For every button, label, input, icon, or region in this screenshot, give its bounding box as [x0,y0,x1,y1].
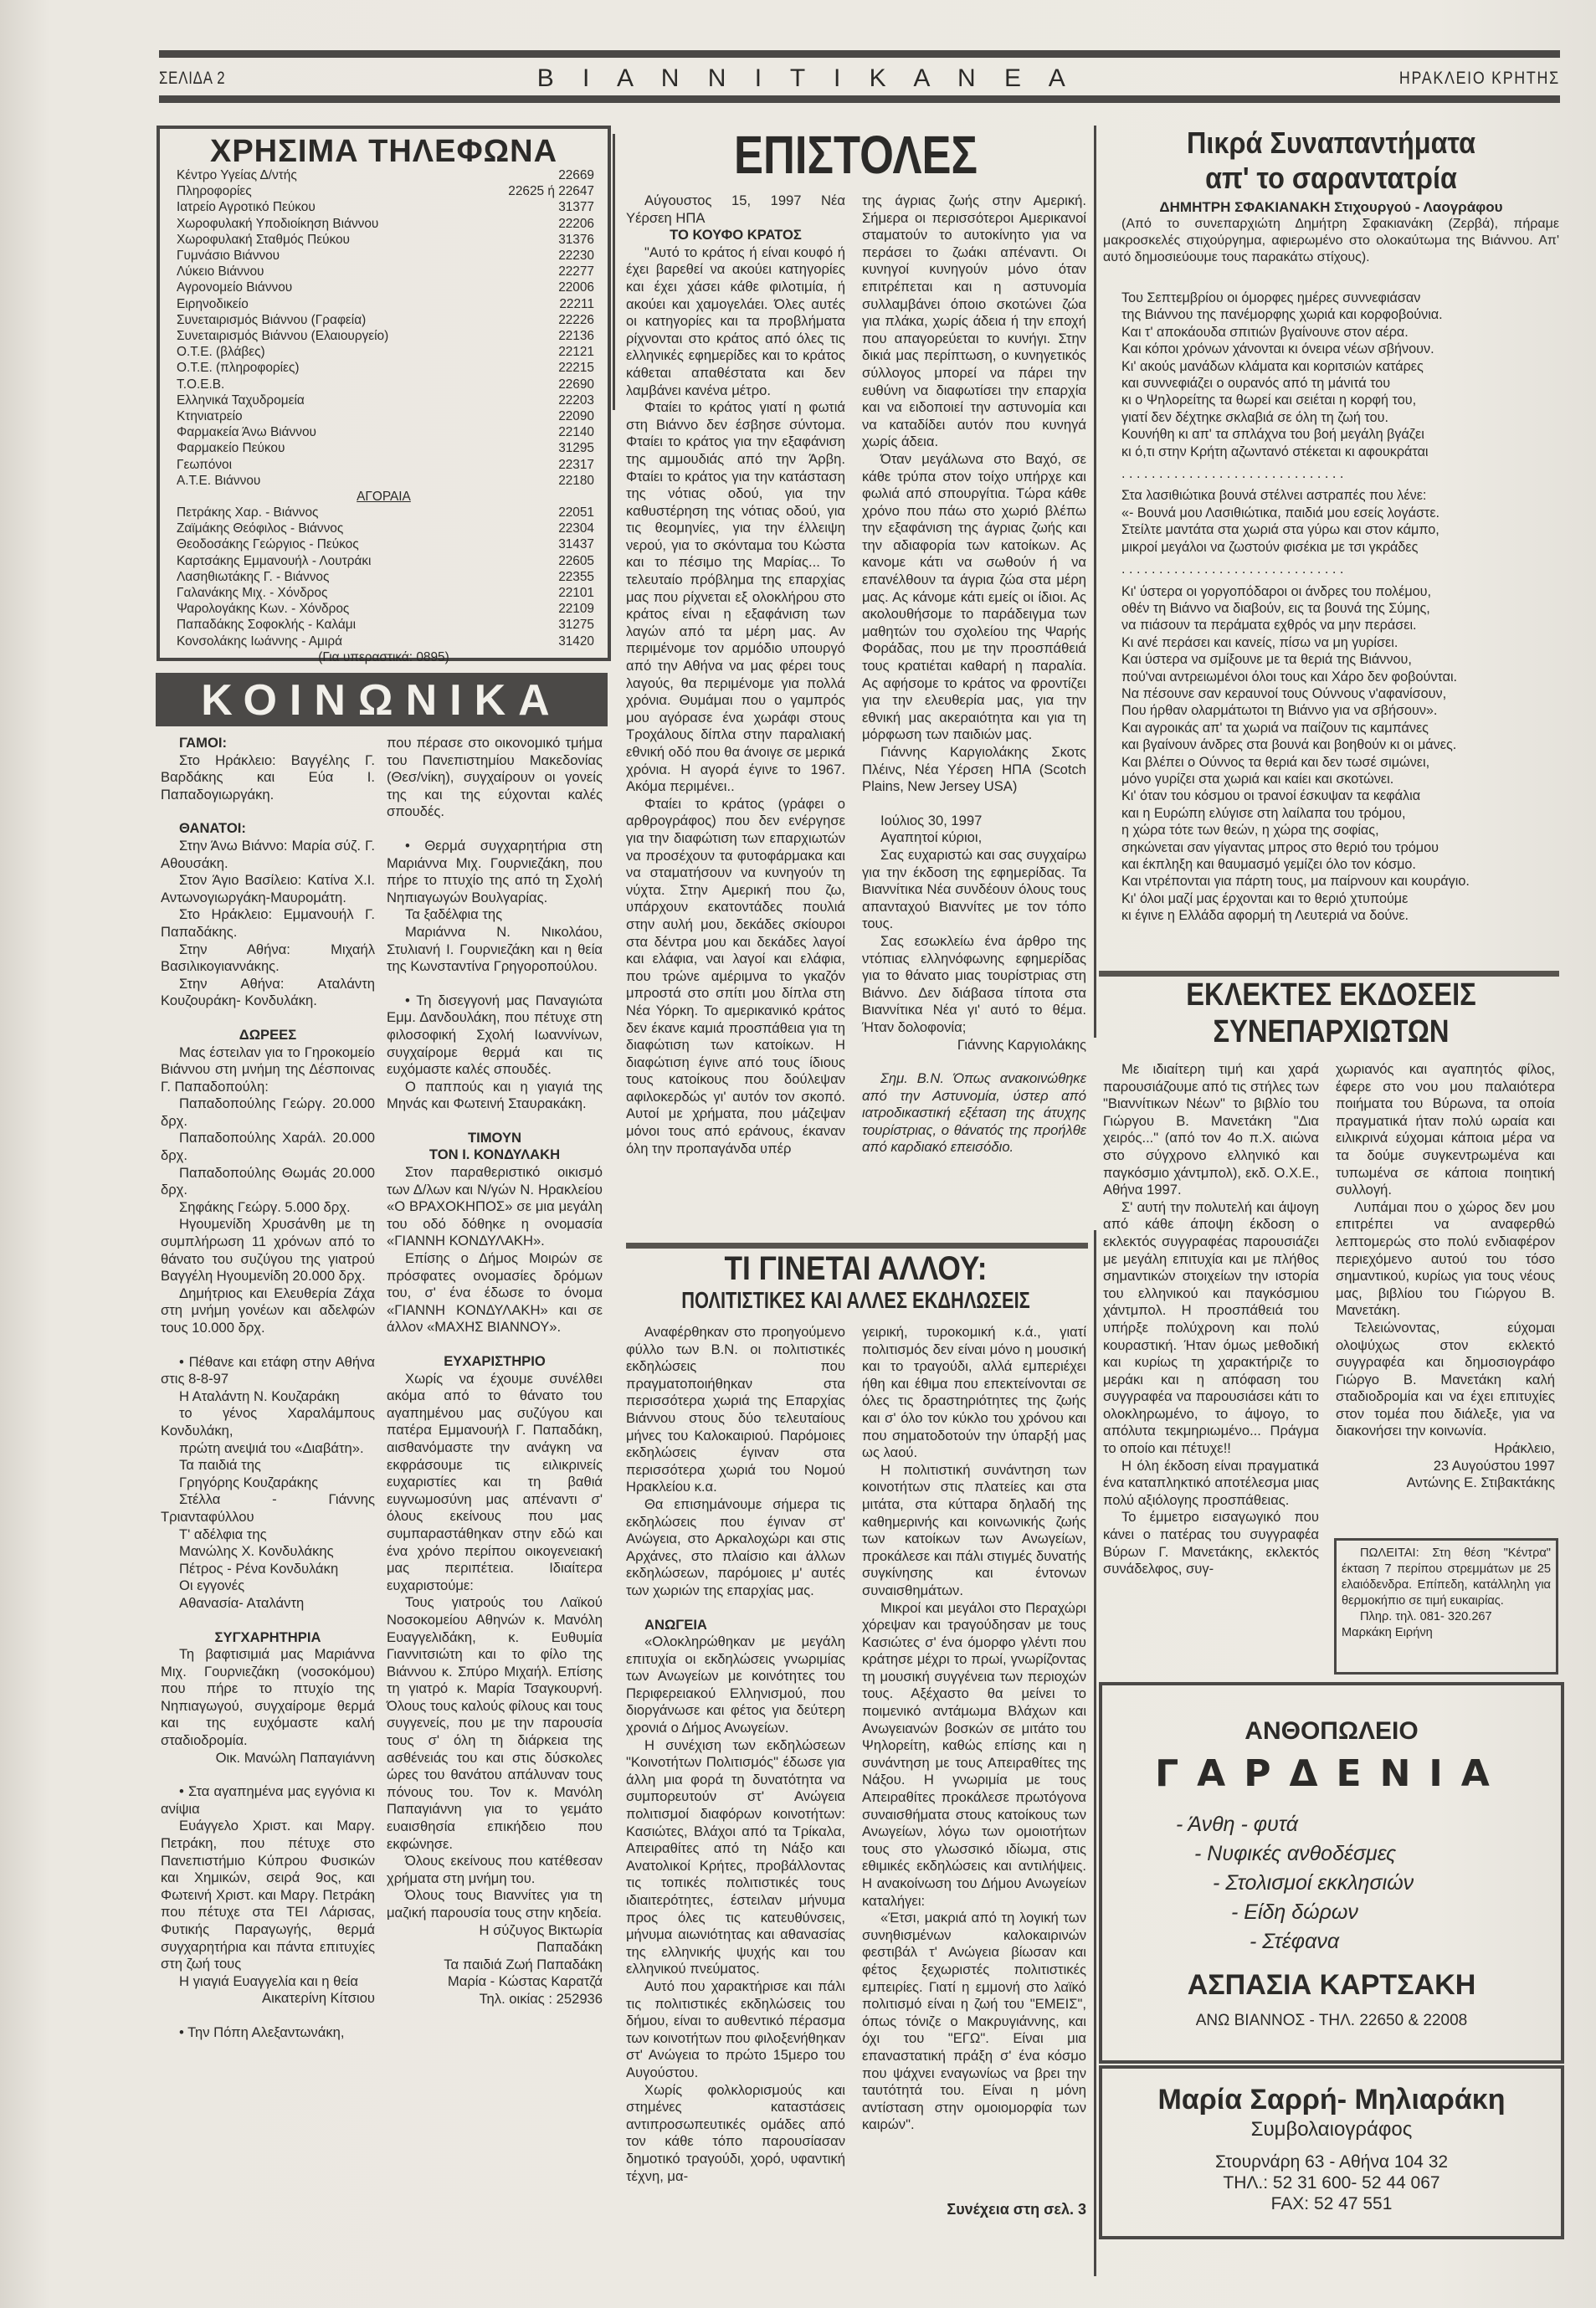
phone-row: Γεωπόνοι22317 [160,457,608,473]
books-column-1: Με ιδιαίτερη τιμή και χαρά παρουσιάζουμε… [1103,1061,1319,1578]
spacer [862,1054,1086,1070]
paragraph: Στον Άγιο Βασίλειο: Κατίνα Χ.Ι. Αντωνογι… [161,872,375,906]
phone-name: Α.Τ.Ε. Βιάννου [177,473,260,489]
paragraph: Μανώλης Χ. Κονδυλάκης [161,1543,375,1561]
phone-name: Συνεταιρισμός Βιάννου (Γραφεία) [177,312,366,328]
phone-name: Λασηθιωτάκης Γ. - Βιάννος [177,569,329,585]
signature: Τα παιδιά Ζωή Παπαδάκη [387,1957,603,1974]
useful-phones-box: ΧΡΗΣΙΜΑ ΤΗΛΕΦΩΝΑ Κέντρο Υγείας Δ/ντής226… [157,126,611,661]
phone-row: Κονσολάκης Ιωάννης - Αμιρά31420 [160,633,608,649]
paragraph: Η όλη έκδοση είναι πραγματικά ένα καταπλ… [1103,1458,1319,1510]
paragraph: Χωρίς φολκλορισμούς και στημένες καταστά… [626,2082,845,2186]
paragraph: • Θερμά συγχαρητήρια στη Μαριάννα Μιχ. Γ… [387,838,603,906]
phone-name: Θεοδοσάκης Γεώργιος - Πεύκος [177,536,359,552]
signature: Αντώνης Ε. Στιβακτάκης [1336,1475,1555,1492]
paragraph: Ο παππούς και η γιαγιά της Μηνάς και Φωτ… [387,1079,603,1113]
phone-number: 22090 [558,408,594,424]
phone-row: Α.Τ.Ε. Βιάννου22180 [160,473,608,489]
subheading: ΣΥΓΧΑΡΗΤΗΡΙΑ [161,1629,375,1647]
notary-name: Μαρία Σαρρή- Μηλιαράκη [1102,2084,1561,2116]
signature: 23 Αυγούστου 1997 [1336,1458,1555,1475]
subheading: ΕΥΧΑΡΙΣΤΗΡΙΟ [387,1353,603,1371]
paragraph: • Στα αγαπημένα μας εγγόνια κι ανίψια [161,1783,375,1818]
phone-row: Γυμνάσιο Βιάννου22230 [160,248,608,264]
florist-item: - Νυφικές ανθοδέσμες [1102,1839,1561,1869]
paragraph: Στέλλα - Γιάννης Τριανταφύλλου [161,1491,375,1526]
social-banner: ΚΟΙΝΩΝΙΚΑ [156,673,608,726]
phone-name: Ψαρολογάκης Κων. - Χόνδρος [177,601,349,617]
paragraph: Στο Ηράκλειο: Εμμανουήλ Γ. Παπαδάκης. [161,906,375,941]
paragraph: "Αυτό το κράτος ή είναι κουφό ή έχει βαρ… [626,244,845,399]
poem-line: Κι' ακούς μανάδων κλάματα και κοριτσιών … [1121,358,1557,375]
poem-line: και βγαίνουν άνδρες στα βουνά και βοηθού… [1121,736,1557,753]
paragraph: Η συνέχιση των εκδηλώσεων "Κοινοτήτων Πο… [626,1737,845,1978]
poem-line: Και ύστερα να σμίξουνε με τα θεριά της Β… [1121,651,1557,668]
poem-line: «- Βουνά μου Λασιθιώτικα, παιδιά μου εσε… [1121,505,1557,521]
paragraph: Φταίει το κράτος (γράφει ο αρθρογράφος) … [626,796,845,1157]
phone-number: 22317 [558,457,594,473]
signature: Μαρία - Κώστας Καρατζά [387,1973,603,1991]
poem-title-line2: απ' το σαραντατρία [1126,161,1537,196]
poem-line: μικροί μεγάλοι να ζωστούν φισέκια με τσι… [1121,539,1557,556]
paragraph: Στην Αθήνα: Μιχαήλ Βασιλικογιαννάκης. [161,941,375,976]
phone-row: Ζαϊμάκης Θεόφιλος - Βιάννος22304 [160,521,608,536]
poem-line: της Βιάννου της πανέμορφης χωριά και κορ… [1121,306,1557,323]
phone-row: Λύκειο Βιάννου22277 [160,264,608,280]
phone-name: Φαρμακεία Άνω Βιάννου [177,424,316,440]
paragraph: Σηφάκης Γεώργ. 5.000 δρχ. [161,1199,375,1217]
florist-items: - Άνθη - φυτά- Νυφικές ανθοδέσμες- Στολι… [1102,1810,1561,1957]
poem-line: Κι ανέ περάσει και κανείς, πίσω να μη γυ… [1121,634,1557,651]
paragraph: Φταίει το κράτος γιατί η φωτιά στη Βιάνν… [626,399,845,796]
phone-number: 22277 [558,264,594,280]
column-divider [1094,1230,1096,2276]
poem-line: Και κόποι χρόνων χάνονται κι όνειρα νέων… [1121,341,1557,357]
poem-line: κι ό,τι στην Κρήτη αζωντανό στέκεται κι … [1121,444,1557,460]
books-column-2: χωριανός και αγαπητός φίλος, έφερε στο ν… [1336,1061,1555,1492]
poem-line: Στείλτε μαντάτα στα χωριά στα γύρω και σ… [1121,521,1557,538]
phone-number: 22226 [558,312,594,328]
spacer [387,976,603,992]
florist-ad: ΑΝΘΟΠΩΛΕΙΟ ΓΑΡΔΕΝΙΑ - Άνθη - φυτά- Νυφικ… [1099,1682,1564,1972]
paragraph: Αγαπητοί κύριοι, [862,829,1086,847]
paragraph: «Ολοκληρώθηκαν με μεγάλη επιτυχία οι εκδ… [626,1634,845,1737]
notary-address: Στουρνάρη 63 - Αθήνα 104 32 [1102,2152,1561,2172]
spacer [387,1113,603,1130]
subheading: ΤΟ ΚΟΥΦΟ ΚΡΑΤΟΣ [626,227,845,244]
top-rule [159,50,1560,58]
page-number: ΣΕΛΙΔΑ 2 [159,69,225,89]
paragraph: Τ' αδέλφια της [161,1526,375,1544]
phone-row: Ο.Τ.Ε. (βλάβες)22121 [160,344,608,360]
letters-title: ΕΠΙΣΤΟΛΕΣ [665,126,1046,184]
paragraph: Παπαδοπούλης Θωμάς 20.000 δρχ. [161,1165,375,1199]
paragraph: Αύγουστος 15, 1997 Νέα Υέρσεη ΗΠΑ [626,192,845,227]
phone-row: Κτηνιατρείο22090 [160,408,608,424]
subheading: ΘΑΝΑΤΟΙ: [161,820,375,838]
phone-number: 22203 [558,392,594,408]
paragraph: Ηγουμενίδη Χρυσάνθη με τη συμπλήρωση 11 … [161,1216,375,1285]
signature: Τηλ. οικίας : 252936 [387,1991,603,2008]
subheading: ΤΟΝ Ι. ΚΟΝΔΥΛΑΚΗ [387,1146,603,1164]
poem-body: Του Σεπτεμβρίου οι όμορφες ημέρες συννεφ… [1121,290,1557,925]
paragraph: Στο Ηράκλειο: Βαγγέλης Γ. Βαρδάκης και Ε… [161,752,375,804]
signature: Παπαδάκη [387,1939,603,1957]
notary-profession: Συμβολαιογράφος [1102,2118,1561,2141]
phone-number: 31437 [558,536,594,552]
phone-name: Συνεταιρισμός Βιάννου (Ελαιουργείο) [177,328,388,344]
florist-item: - Στολισμοί εκκλησιών [1102,1869,1561,1898]
paragraph: Χωρίς να έχουμε συνέλθει ακόμα από το θά… [387,1371,603,1595]
poem-intro: (Από το συνεπαρχιώτη Δημήτρη Σφακιανάκη … [1103,216,1559,266]
poem-line: μόνο γυρίζει στα χωριά και καίει και σκο… [1121,771,1557,787]
paragraph: Επίσης ο Δήμος Μοιρών σε πρόσφατες ονομα… [387,1250,603,1336]
phone-name: Ο.Τ.Ε. (πληροφορίες) [177,360,299,376]
phone-name: Λύκειο Βιάννου [177,264,264,280]
paragraph: που πέρασε στο οικονομικό τμήμα του Πανε… [387,735,603,821]
poem-line: η χώρα τότε των θεών, η χώρα της σοφίας, [1121,822,1557,839]
paragraph: το γένος Χαραλάμπους Κονδυλάκη, [161,1405,375,1439]
phone-number: 22215 [558,360,594,376]
poem-line: Στα λασιθιώτικα βουνά στέλνει αστραπές π… [1121,487,1557,504]
paragraph: • Πέθανε και ετάφη στην Αθήνα στις 8-8-9… [161,1354,375,1388]
phone-row: Καρτσάκης Εμμανουήλ - Λουτράκι22605 [160,553,608,569]
phone-name: Τ.Ο.Ε.Β. [177,377,224,392]
paragraph: Σας εσωκλείω ένα άρθρο της ντόπιας ελλην… [862,933,1086,1037]
phone-number: 22109 [558,601,594,617]
phone-row: Θεοδοσάκης Γεώργιος - Πεύκος31437 [160,536,608,552]
paragraph: Η Αταλάντη Ν. Κουζαράκη [161,1388,375,1406]
phone-name: Καρτσάκης Εμμανουήλ - Λουτράκι [177,553,371,569]
phone-row: Φαρμακεία Άνω Βιάννου22140 [160,424,608,440]
phone-name: Κέντρο Υγείας Δ/ντής [177,167,297,183]
paragraph: Σ' αυτή την πολυτελή και άψογη από κάθε … [1103,1199,1319,1458]
events-column-2: γειρική, τυροκομική κ.ά., γιατί πολιτισμ… [862,1324,1086,2134]
paragraph: Αυτό που χαρακτήρισε και πάλι τις πολιτι… [626,1978,845,2082]
paragraph: Σας ευχαριστώ και σας συγχαίρω για την έ… [862,847,1086,933]
events-column-1: Αναφέρθηκαν στο προηγούμενο φύλλο των Β.… [626,1324,845,2185]
poem-author: ΔΗΜΗΤΡΗ ΣΦΑΚΙΑΝΑΚΗ Στιχουργού - Λαογράφο… [1103,199,1559,216]
signature: Γιάννης Καργιολάκης [862,1037,1086,1054]
poem-line: Και αγροικάς απ' τα χωριά να παίζουν τις… [1121,720,1557,736]
poem-line: οθέν τη Βιάννο να διαβούν, εις τα βουνά … [1121,600,1557,617]
poem-line: Κι' ύστερα οι γοργοπόδαροι οι άνδρες του… [1121,583,1557,600]
phone-name: Πετράκης Χαρ. - Βιάννος [177,505,318,521]
subheading: ΤΙΜΟΥΝ [387,1130,603,1147]
section-rule [626,1243,1088,1249]
signature: Ηράκλειο, [1336,1440,1555,1458]
phone-number: 22211 [559,296,594,312]
phone-row: Αγρονομείο Βιάννου22006 [160,280,608,295]
classified-name: Μαρκάκη Ειρήνη [1342,1625,1551,1641]
taxi-list: Πετράκης Χαρ. - Βιάννος22051Ζαϊμάκης Θεό… [160,505,608,649]
poem-title-line1: Πικρά Συναπαντήματα [1126,126,1537,161]
events-title: ΤΙ ΓΙΝΕΤΑΙ ΑΛΛΟΥ: [651,1250,1060,1287]
poem-line: Και βλέπει ο Ούννος τα θεριά και δεν τωσ… [1121,754,1557,771]
phone-name: Ζαϊμάκης Θεόφιλος - Βιάννος [177,521,343,536]
poem-line: Κι' όταν του κόσμου οι τρανοί έσκυψαν τα… [1121,787,1557,804]
paragraph: Το έμμετρο εισαγωγικό που κάνει ο πατέρα… [1103,1509,1319,1577]
paragraph: «Έτσι, μακριά από τη λογική των συνηθισμ… [862,1910,1086,2134]
classified-phone: Πληρ. τηλ. 081- 320.267 [1342,1609,1551,1625]
paragraph: • Τη δισεγγονή μας Παναγιώτα Εμμ. Δανδου… [387,992,603,1079]
phone-row: Τ.Ο.Ε.Β.22690 [160,377,608,392]
phone-number: 22304 [558,521,594,536]
page-header: ΣΕΛΙΔΑ 2 Β Ι Α Ν Ν Ι Τ Ι Κ Α Ν Ε Α ΗΡΑΚΛ… [159,62,1560,95]
paragraph: Όταν μεγάλωνα στο Βαχό, σε κάθε τρύπα στ… [862,451,1086,744]
paragraph: Τα ξαδέλφια της [387,906,603,924]
events-subtitle: ΠΟΛΙΤΙΣΤΙΚΕΣ ΚΑΙ ΑΛΛΕΣ ΕΚΔΗΛΩΣΕΙΣ [675,1287,1037,1314]
phone-name: Χωροφυλακή Σταθμός Πεύκου [177,232,350,248]
phone-number: 22669 [558,167,594,183]
paragraph: Τελειώνοντας, εύχομαι ολοψύχως στον εκλε… [1336,1320,1555,1440]
phone-number: 22206 [558,216,594,232]
continued-link[interactable]: Συνέχεια στη σελ. 3 [862,2201,1086,2218]
paragraph: Ιούλιος 30, 1997 [862,813,1086,830]
poem-ellipsis: . . . . . . . . . . . . . . . . . . . . … [1121,561,1557,577]
phone-row: Ψαρολογάκης Κων. - Χόνδρος22109 [160,601,608,617]
phone-name: Χωροφυλακή Υποδιοίκηση Βιάννου [177,216,378,232]
phone-row: Συνεταιρισμός Βιάννου (Γραφεία)22226 [160,312,608,328]
column-divider [1094,126,1096,1038]
spacer [387,1336,603,1353]
social-column-2: που πέρασε στο οικονομικό τμήμα του Πανε… [387,735,603,2008]
paragraph: Αναφέρθηκαν στο προηγούμενο φύλλο των Β.… [626,1324,845,1496]
location: ΗΡΑΚΛΕΙΟ ΚΡΗΤΗΣ [1399,69,1560,89]
florist-item: - Στέφανα [1102,1927,1561,1957]
poem-line: Να πέσουνε σαν κεραυνοί τους Ούννους ν'α… [1121,685,1557,702]
signature: Αικατερίνη Κίτσιου [161,1990,375,2008]
phone-number: 31295 [558,440,594,456]
paragraph: Στον παραθεριστικό οικισμό των Δ/λων και… [387,1164,603,1250]
poem-line: Του Σεπτεμβρίου οι όμορφες ημέρες συννεφ… [1121,290,1557,306]
phone-number: 22625 ή 22647 [508,183,594,199]
notary-fax: FAX: 52 47 551 [1102,2193,1561,2214]
paragraph: πρώτη ανεψιά του «Διαβάτη». [161,1440,375,1458]
poem-ellipsis: . . . . . . . . . . . . . . . . . . . . … [1121,465,1557,482]
phone-name: Ιατρείο Αγροτικό Πεύκου [177,199,316,215]
phone-name: Ο.Τ.Ε. (βλάβες) [177,344,265,360]
header-bottom-rule [159,95,1560,103]
phone-row: Χωροφυλακή Υποδιοίκηση Βιάννου22206 [160,216,608,232]
paragraph: Θα επισημάνουμε σήμερα τις εκδηλώσεις πο… [626,1496,845,1600]
poem-line: κι ο Ψηλορείτης τα θωρεί και σειέται η κ… [1121,392,1557,408]
spacer [161,1613,375,1629]
phone-number: 22006 [558,280,594,295]
phone-number: 31420 [558,633,594,649]
newspaper-page: ΣΕΛΙΔΑ 2 Β Ι Α Ν Ν Ι Τ Ι Κ Α Ν Ε Α ΗΡΑΚΛ… [0,0,1596,2308]
paragraph: Γιάννης Καργιολάκης Σκοτς Πλέινς, Νέα Υέ… [862,744,1086,796]
poem-line: Και τ' αποκάουδα σπιτιών βγαίνουνε στον … [1121,324,1557,341]
signature: Η σύζυγος Βικτωρία [387,1922,603,1940]
spacer [161,1767,375,1783]
phone-number: 22355 [558,569,594,585]
spacer [161,803,375,820]
phone-row: Ο.Τ.Ε. (πληροφορίες)22215 [160,360,608,376]
phone-row: Παπαδάκης Σοφοκλής - Καλάμι31275 [160,617,608,633]
paragraph: Τη βαφτισιμιά μας Μαριάννα Μιχ. Γουρνιεζ… [161,1646,375,1750]
paragraph: Οι εγγονές [161,1577,375,1595]
phone-name: Κτηνιατρείο [177,408,243,424]
paragraph: Γρηγόρης Κουζαράκης [161,1475,375,1492]
spacer [626,1600,845,1617]
paragraph: Η γιαγιά Ευαγγελία και η θεία [161,1973,375,1991]
paragraph: Ευάγγελο Χριστ. και Μαργ. Πετράκη, που π… [161,1818,375,1972]
poem-line: και συννεφιάζει ο ουρανός από τη μάνιτά … [1121,375,1557,392]
phones-list: Κέντρο Υγείας Δ/ντής22669Πληροφορίες2262… [160,167,608,489]
florist-name: ΓΑΡΔΕΝΙΑ [1102,1752,1561,1795]
phone-row: Ιατρείο Αγροτικό Πεύκου31377 [160,199,608,215]
phone-number: 31377 [558,199,594,215]
subheading: ΑΝΩΓΕΙΑ [626,1617,845,1634]
phone-row: Κέντρο Υγείας Δ/ντής22669 [160,167,608,183]
books-title-line2: ΣΥΝΕΠΑΡΧΙΩΤΩΝ [1135,1014,1527,1049]
poem-line: κι έγινε η Ελλάδα αφορμή τη Λευτεριά να … [1121,907,1557,924]
editor-note: Σημ. Β.Ν. Όπως ανακοινώθηκε από την Αστυ… [862,1070,1086,1157]
letters-column-1: Αύγουστος 15, 1997 Νέα Υέρσεη ΗΠΑΤΟ ΚΟΥΦ… [626,192,845,1157]
paragraph: Τους γιατρούς του Λαϊκού Νοσοκομείου Αθη… [387,1594,603,1853]
phone-name: Κονσολάκης Ιωάννης - Αμιρά [177,633,342,649]
phone-row: Πετράκης Χαρ. - Βιάννος22051 [160,505,608,521]
poem-line: σηκώνεται σαν γίγαντας μπρος στο θεριό τ… [1121,839,1557,856]
paragraph: Τα παιδιά της [161,1457,375,1475]
phones-footnote: (Για υπεραστικά: 0895) [160,649,608,665]
spacer [387,821,603,838]
poem-line: να πιάσουν τα περάματα εχθρός να μην περ… [1121,617,1557,633]
phone-number: 22136 [558,328,594,344]
phone-row: Ειρηνοδικείο22211 [160,296,608,312]
paragraph: Στην Αθήνα: Αταλάντη Κουζουράκη- Κονδυλά… [161,976,375,1010]
social-column-1: ΓΑΜΟΙ:Στο Ηράκλειο: Βαγγέλης Γ. Βαρδάκης… [161,735,375,2042]
phone-row: Χωροφυλακή Σταθμός Πεύκου31376 [160,232,608,248]
paragraph: Η πολιτιστική συνάντηση των κοινοτήτων σ… [862,1462,1086,1600]
poem-line: Κουνήθη κι απ' τα σπλάχνα του βοή μεγάλη… [1121,426,1557,443]
paragraph: Μικροί και μεγάλοι στο Περαχώρι χόρεψαν … [862,1600,1086,1911]
letters-column-2: της άγριας ζωής στην Αμερική. Σήμερα οι … [862,192,1086,1157]
column-divider [613,134,615,410]
classified-ad: ΠΩΛΕΙΤΑΙ: Στη θέση "Κέντρα" έκταση 7 περ… [1334,1538,1558,1675]
phone-number: 22101 [558,585,594,601]
paragraph: • Την Πόπη Αλεξαντωνάκη, [161,2024,375,2042]
paragraph: Όλους τους Βιαννίτες για τη μαζική παρου… [387,1887,603,1921]
poem-line: Που ήρθαν ολαρμάτωτοι τη Βιάννο για να σ… [1121,702,1557,719]
paragraph: Αθανασία- Αταλάντη [161,1595,375,1613]
paragraph: Στην Άνω Βιάννο: Μαρία σύζ. Γ. Αθουσάκη. [161,838,375,872]
paragraph: χωριανός και αγαπητός φίλος, έφερε στο ν… [1336,1061,1555,1199]
phone-number: 22180 [558,473,594,489]
phone-number: 22690 [558,377,594,392]
phone-name: Πληροφορίες [177,183,252,199]
spacer [161,1010,375,1027]
phones-title: ΧΡΗΣΙΜΑ ΤΗΛΕΦΩΝΑ [160,136,608,167]
phone-row: Φαρμακείο Πεύκου31295 [160,440,608,456]
florist-item: - Είδη δώρων [1102,1898,1561,1927]
paragraph: Μαριάννα Ν. Νικολάου, Στυλιανή Ι. Γουρνι… [387,924,603,976]
paragraph: Λυπάμαι που ο χώρος δεν μου επιτρέπει να… [1336,1199,1555,1320]
phone-number: 31275 [558,617,594,633]
paragraph: Δημήτριος και Ελευθερία Ζάχα στη μνήμη γ… [161,1285,375,1337]
section-rule [1099,971,1559,977]
newspaper-title: Β Ι Α Ν Ν Ι Τ Ι Κ Α Ν Ε Α [537,64,1076,93]
florist-item: - Άνθη - φυτά [1102,1810,1561,1839]
poem-line: Κι' όλοι μαζί μας έρχονται και το θεριό … [1121,890,1557,907]
spacer [161,1337,375,1354]
phone-row: Πληροφορίες22625 ή 22647 [160,183,608,199]
phone-number: 22605 [558,553,594,569]
notary-ad: Μαρία Σαρρή- Μηλιαράκη Συμβολαιογράφος Σ… [1099,2065,1564,2239]
phone-name: Ελληνικά Ταχυδρομεία [177,392,305,408]
spacer [862,796,1086,813]
phone-number: 22051 [558,505,594,521]
classified-text: ΠΩΛΕΙΤΑΙ: Στη θέση "Κέντρα" έκταση 7 περ… [1342,1546,1551,1609]
paragraph: Παπαδοπούλης Γεώργ. 20.000 δρχ. [161,1095,375,1130]
phone-number: 31376 [558,232,594,248]
phone-name: Γυμνάσιο Βιάννου [177,248,280,264]
phone-row: Συνεταιρισμός Βιάννου (Ελαιουργείο)22136 [160,328,608,344]
phone-name: Γαλανάκης Μιχ. - Χόνδρος [177,585,327,601]
signature: Οικ. Μανώλη Παπαγιάννη [161,1750,375,1767]
paragraph: της άγριας ζωής στην Αμερική. Σήμερα οι … [862,192,1086,451]
phone-number: 22121 [558,344,594,360]
subheading: ΓΑΜΟΙ: [161,735,375,752]
paragraph: Πέτρος - Ρένα Κονδυλάκη [161,1561,375,1578]
phone-row: Λασηθιωτάκης Γ. - Βιάννος22355 [160,569,608,585]
florist-type: ΑΝΘΟΠΩΛΕΙΟ [1102,1717,1561,1746]
paragraph: Παπαδοπούλης Χαράλ. 20.000 δρχ. [161,1130,375,1164]
poem-line: και η Ευρώπη ελύγισε στη λαίλαπα του τρό… [1121,805,1557,822]
phone-name: Φαρμακείο Πεύκου [177,440,285,456]
books-title-line1: ΕΚΛΕΚΤΕΣ ΕΚΔΟΣΕΙΣ [1135,977,1527,1013]
spacer [161,2008,375,2024]
notary-phone: ΤΗΛ.: 52 31 600- 52 44 067 [1102,2172,1561,2193]
paragraph: Μας έστειλαν για το Γηροκομείο Βιάννου σ… [161,1044,375,1096]
subheading: ΔΩΡΕΕΣ [161,1027,375,1044]
paragraph: Όλους εκείνους που κατέθεσαν χρήματα στη… [387,1853,603,1887]
poem-line: Και ντρέπονται για πάρτη τους, μα παίρνο… [1121,873,1557,890]
florist-owner: ΑΣΠΑΣΙΑ ΚΑΡΤΣΑΚΗ [1102,1968,1561,2002]
phone-row: Γαλανάκης Μιχ. - Χόνδρος22101 [160,585,608,601]
florist-ad-footer: ΑΣΠΑΣΙΑ ΚΑΡΤΣΑΚΗ ΑΝΩ ΒΙΑΝΝΟΣ - ΤΗΛ. 2265… [1099,1968,1564,2064]
phone-name: Αγρονομείο Βιάννου [177,280,292,295]
phone-name: Παπαδάκης Σοφοκλής - Καλάμι [177,617,356,633]
phone-number: 22140 [558,424,594,440]
poem-line: και έκπληξη και θαυμασμό γεμίζει όλο τον… [1121,856,1557,873]
florist-contact: ΑΝΩ ΒΙΑΝΝΟΣ - ΤΗΛ. 22650 & 22008 [1102,2012,1561,2030]
poem-line: πού'ναι αντρειωμένοι όλοι τους και Χάρο … [1121,669,1557,685]
poem-line: γιατί δεν δέχτηκε σκλαβιά σε όλη τη ζωή … [1121,409,1557,426]
paragraph: Με ιδιαίτερη τιμή και χαρά παρουσιάζουμε… [1103,1061,1319,1199]
taxi-heading: ΑΓΟΡΑΙΑ [160,489,608,505]
phone-name: Ειρηνοδικείο [177,296,249,312]
phone-row: Ελληνικά Ταχυδρομεία22203 [160,392,608,408]
phone-name: Γεωπόνοι [177,457,232,473]
paragraph: γειρική, τυροκομική κ.ά., γιατί πολιτισμ… [862,1324,1086,1462]
phone-number: 22230 [558,248,594,264]
